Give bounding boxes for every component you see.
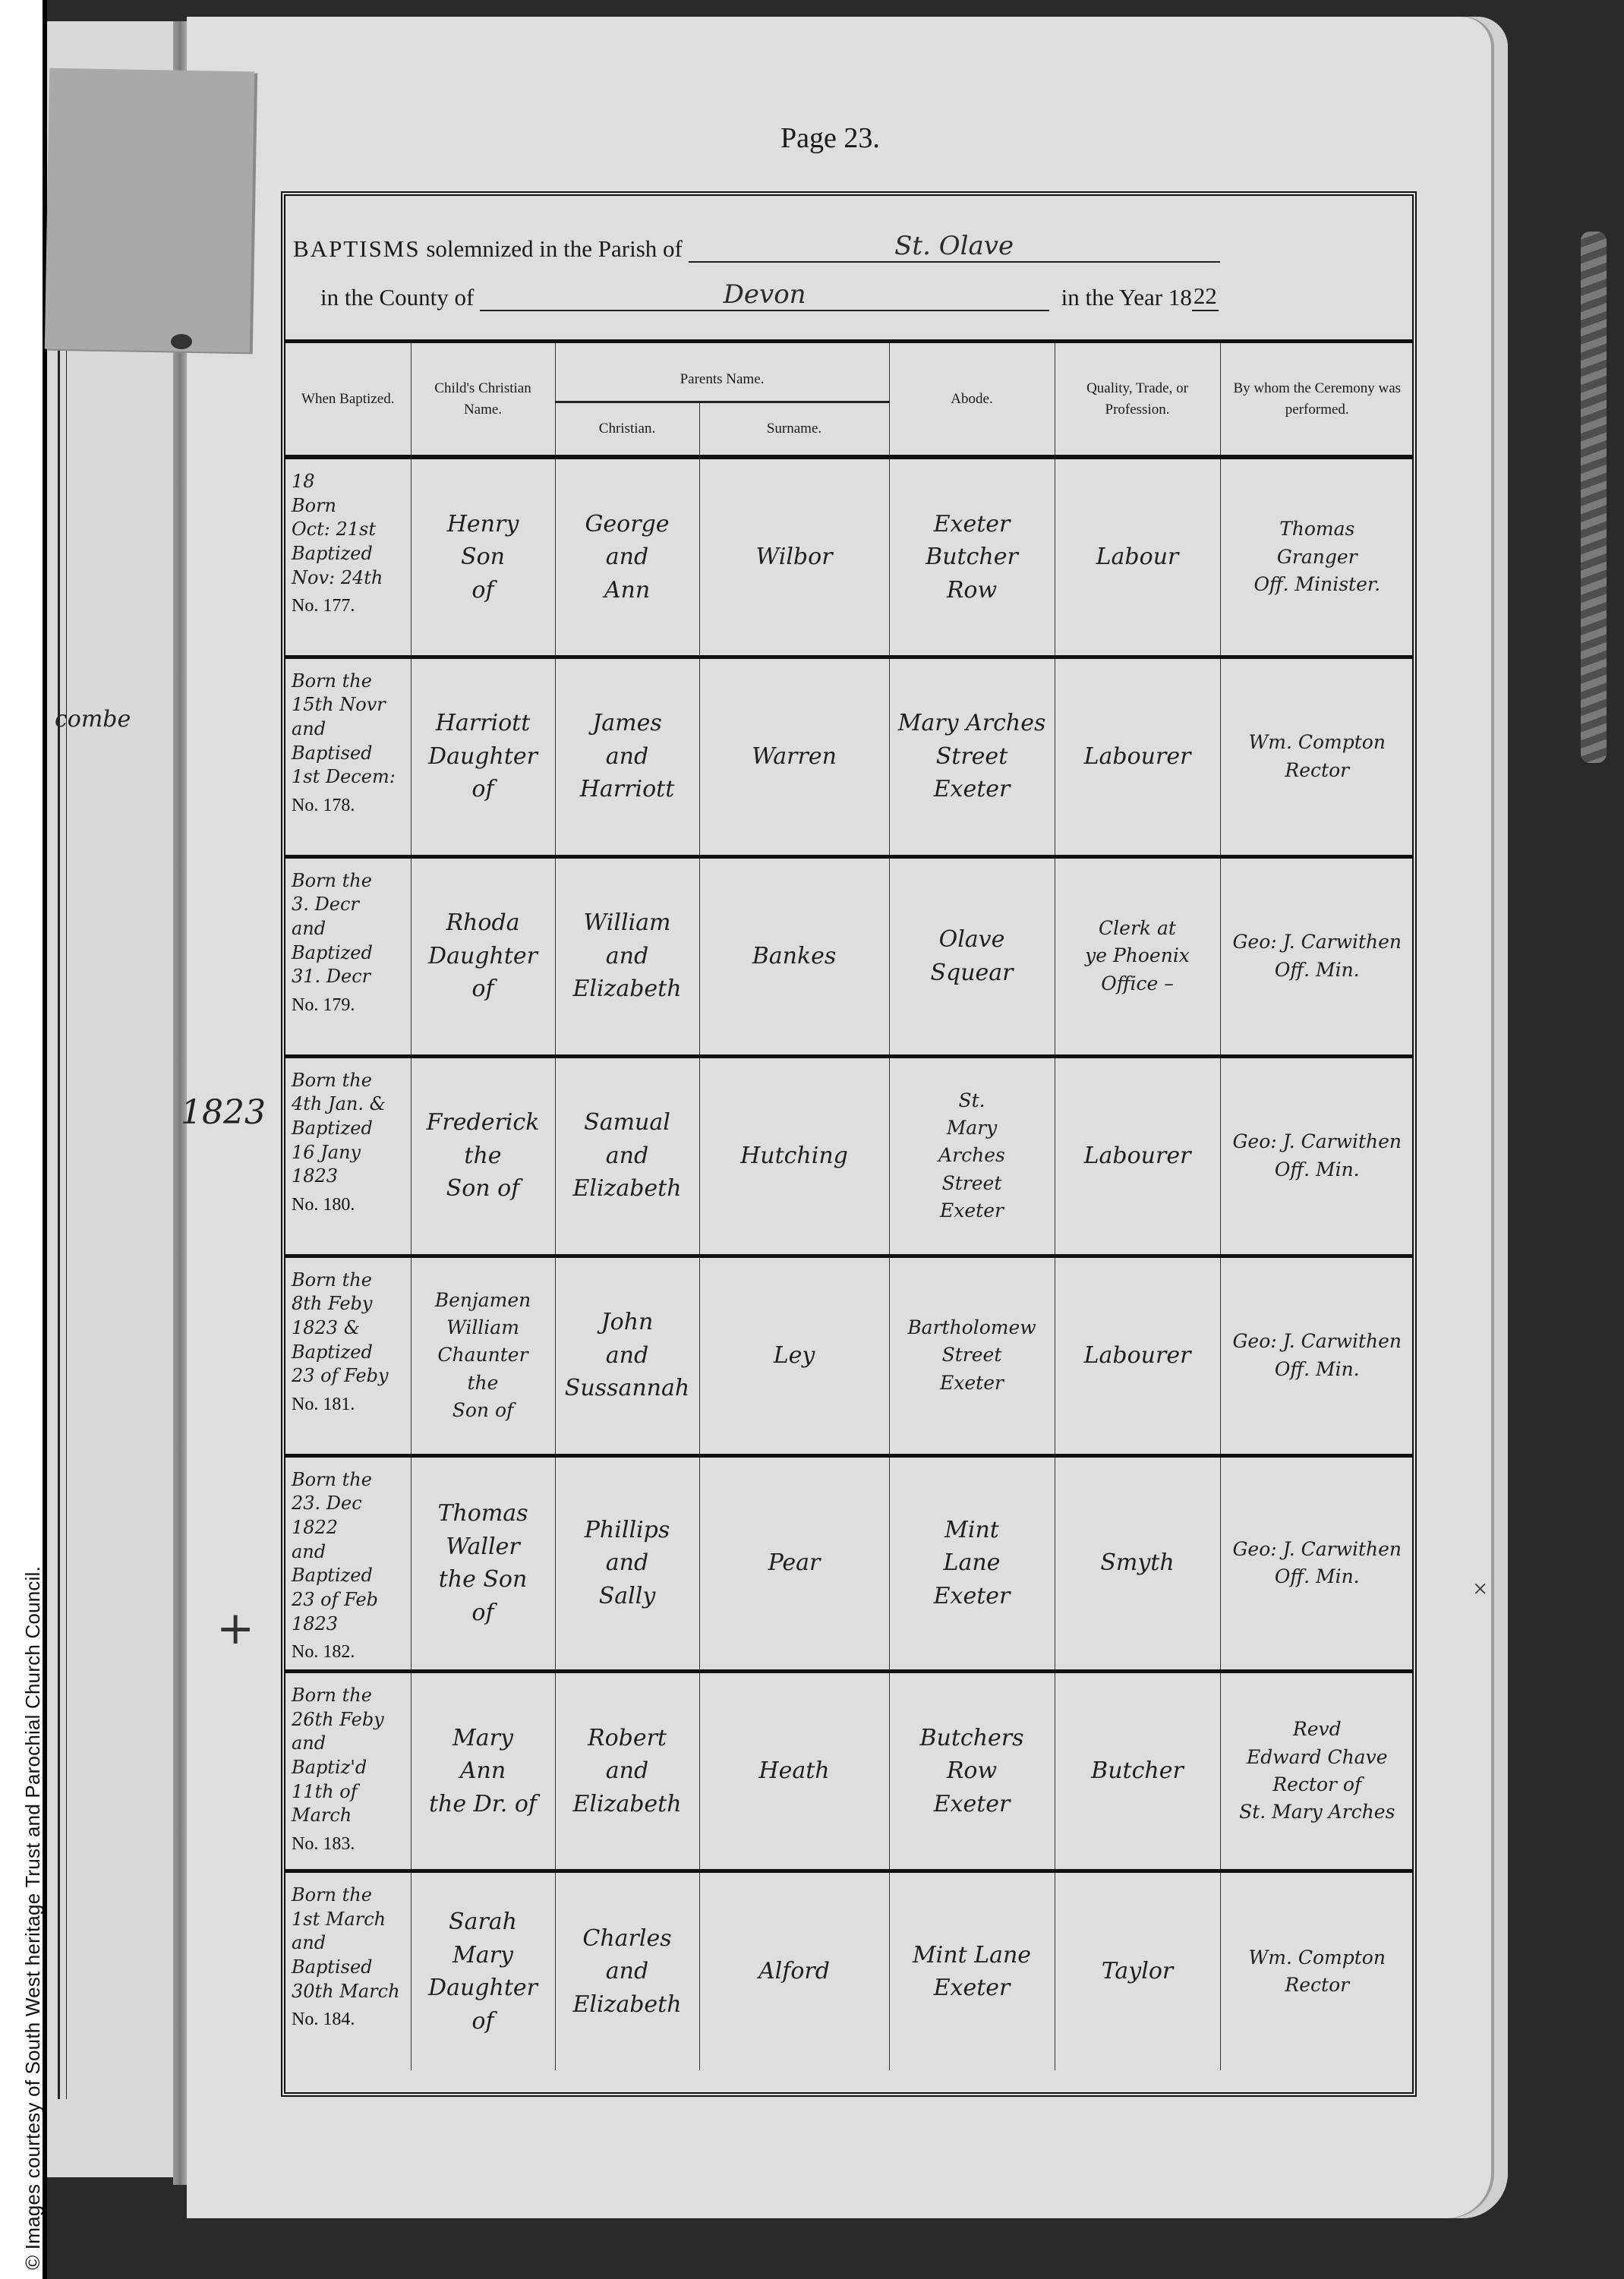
cell-when: Born the 23. Dec 1822 and Baptized 23 of…	[285, 1455, 411, 1671]
cell-abode: Mint Lane Exeter	[889, 1871, 1055, 2070]
cell-when: Born the 15th Novr and Baptised 1st Dece…	[285, 657, 411, 856]
cell-quality: Labour	[1055, 457, 1220, 657]
county-field: Devon	[480, 279, 1049, 311]
entry-number: No. 181.	[292, 1393, 405, 1417]
cell-surname: Alford	[699, 1871, 889, 2070]
col-parents-surname: Surname.	[699, 402, 889, 458]
entry-number: No. 177.	[292, 594, 405, 619]
margin-cross-mark: +	[216, 1602, 254, 1655]
cell-ceremony-by: Geo: J. Carwithen Off. Min.	[1220, 1455, 1414, 1671]
binding-cord	[1581, 232, 1607, 763]
margin-note-fragment: combe	[55, 706, 131, 733]
cell-child: Mary Ann the Dr. of	[411, 1671, 555, 1871]
copyright-credit: © Images courtesy of South West heritage…	[21, 1566, 45, 2270]
cell-parents-christian: George and Ann	[555, 457, 699, 657]
cell-parents-christian: Phillips and Sally	[555, 1455, 699, 1671]
cell-parents-christian: John and Sussannah	[555, 1256, 699, 1455]
cell-quality: Labourer	[1055, 1256, 1220, 1455]
cell-child: Sarah Mary Daughter of	[411, 1871, 555, 2070]
entry-number: No. 180.	[292, 1193, 405, 1218]
register-entry-180: Born the 4th Jan. & Baptized 16 Jany 182…	[285, 1056, 1414, 1256]
cell-child: Henry Son of	[411, 457, 555, 657]
cell-child: Frederick the Son of	[411, 1056, 555, 1256]
cell-ceremony-by: Geo: J. Carwithen Off. Min.	[1220, 856, 1414, 1056]
cell-ceremony-by: Revd Edward Chave Rector of St. Mary Arc…	[1220, 1671, 1414, 1871]
cell-abode: St. Mary Arches Street Exeter	[889, 1056, 1055, 1256]
cell-ceremony-by: Thomas Granger Off. Minister.	[1220, 457, 1414, 657]
col-parents-christian: Christian.	[555, 402, 699, 458]
heading-line-parish: BAPTISMS solemnized in the Parish of St.…	[293, 220, 1402, 263]
margin-note-year: 1823	[181, 1093, 266, 1132]
cell-when: Born the 26th Feby and Baptiz'd 11th of …	[285, 1671, 411, 1871]
entry-number: No. 184.	[292, 2008, 405, 2032]
register-entry-184: Born the 1st March and Baptised 30th Mar…	[285, 1871, 1414, 2070]
cell-surname: Hutching	[699, 1056, 889, 1256]
register-entry-181: Born the 8th Feby 1823 & Baptized 23 of …	[285, 1256, 1414, 1455]
cell-surname: Ley	[699, 1256, 889, 1455]
register-entry-183: Born the 26th Feby and Baptiz'd 11th of …	[285, 1671, 1414, 1871]
heading-parish-label: solemnized in the Parish of	[426, 235, 683, 263]
year-field: 22	[1192, 282, 1219, 311]
cell-abode: Mint Lane Exeter	[889, 1455, 1055, 1671]
cell-quality: Clerk at ye Phoenix Office –	[1055, 856, 1220, 1056]
cell-quality: Smyth	[1055, 1455, 1220, 1671]
cell-ceremony-by: Wm. Compton Rector	[1220, 1871, 1414, 2070]
cell-parents-christian: Samual and Elizabeth	[555, 1056, 699, 1256]
cell-abode: Exeter Butcher Row	[889, 457, 1055, 657]
cell-ceremony-by: Geo: J. Carwithen Off. Min.	[1220, 1056, 1414, 1256]
col-abode: Abode.	[889, 343, 1055, 457]
cell-surname: Pear	[699, 1455, 889, 1671]
entry-number: No. 178.	[292, 794, 405, 818]
entry-number: No. 183.	[292, 1833, 405, 1857]
ink-stain	[171, 334, 192, 349]
col-child-name: Child's Christian Name.	[411, 343, 555, 457]
credit-strip: © Images courtesy of South West heritage…	[0, 0, 43, 2279]
previous-page-border-rule	[58, 345, 67, 2099]
heading-line-county: in the County of Devon in the Year 1822	[293, 269, 1402, 311]
register-entry-177: 18 Born Oct: 21st Baptized Nov: 24thNo. …	[285, 457, 1414, 657]
cell-quality: Labourer	[1055, 1056, 1220, 1256]
heading-county-label: in the County of	[320, 284, 474, 311]
cell-quality: Taylor	[1055, 1871, 1220, 2070]
col-ceremony-by: By whom the Ceremony was performed.	[1220, 343, 1414, 457]
cell-parents-christian: Robert and Elizabeth	[555, 1671, 699, 1871]
cell-when: 18 Born Oct: 21st Baptized Nov: 24thNo. …	[285, 457, 411, 657]
col-parents-name: Parents Name.	[555, 343, 889, 402]
cell-child: Benjamen William Chaunter the Son of	[411, 1256, 555, 1455]
cell-abode: Bartholomew Street Exeter	[889, 1256, 1055, 1455]
register-entry-182: Born the 23. Dec 1822 and Baptized 23 of…	[285, 1455, 1414, 1671]
cell-ceremony-by: Wm. Compton Rector	[1220, 657, 1414, 856]
cell-child: Harriott Daughter of	[411, 657, 555, 856]
col-when-baptized: When Baptized.	[285, 343, 411, 457]
parish-field: St. Olave	[689, 231, 1220, 263]
cell-when: Born the 1st March and Baptised 30th Mar…	[285, 1871, 411, 2070]
cell-surname: Heath	[699, 1671, 889, 1871]
col-quality: Quality, Trade, or Profession.	[1055, 343, 1220, 457]
entry-number: No. 179.	[292, 994, 405, 1018]
cell-when: Born the 4th Jan. & Baptized 16 Jany 182…	[285, 1056, 411, 1256]
cell-surname: Wilbor	[699, 457, 889, 657]
cell-surname: Warren	[699, 657, 889, 856]
register-heading: BAPTISMS solemnized in the Parish of St.…	[293, 220, 1402, 311]
cell-parents-christian: James and Harriott	[555, 657, 699, 856]
pasted-paper-slip	[45, 68, 254, 353]
cell-parents-christian: Charles and Elizabeth	[555, 1871, 699, 2070]
cell-quality: Labourer	[1055, 657, 1220, 856]
cell-surname: Bankes	[699, 856, 889, 1056]
register-entry-179: Born the 3. Decr and Baptized 31. DecrNo…	[285, 856, 1414, 1056]
cell-quality: Butcher	[1055, 1671, 1220, 1871]
cell-child: Thomas Waller the Son of	[411, 1455, 555, 1671]
margin-x-mark: ×	[1473, 1575, 1487, 1604]
cell-abode: Olave Squear	[889, 856, 1055, 1056]
heading-year-label: in the Year 18	[1061, 284, 1192, 311]
page-number: Page 23.	[780, 121, 880, 155]
cell-child: Rhoda Daughter of	[411, 856, 555, 1056]
entry-number: No. 182.	[292, 1641, 405, 1665]
cell-ceremony-by: Geo: J. Carwithen Off. Min.	[1220, 1256, 1414, 1455]
baptism-register-table: When Baptized. Child's Christian Name. P…	[285, 343, 1414, 2070]
register-entry-178: Born the 15th Novr and Baptised 1st Dece…	[285, 657, 1414, 856]
heading-title: BAPTISMS	[293, 235, 421, 263]
cell-abode: Butchers Row Exeter	[889, 1671, 1055, 1871]
cell-when: Born the 8th Feby 1823 & Baptized 23 of …	[285, 1256, 411, 1455]
cell-abode: Mary Arches Street Exeter	[889, 657, 1055, 856]
cell-when: Born the 3. Decr and Baptized 31. DecrNo…	[285, 856, 411, 1056]
cell-parents-christian: William and Elizabeth	[555, 856, 699, 1056]
